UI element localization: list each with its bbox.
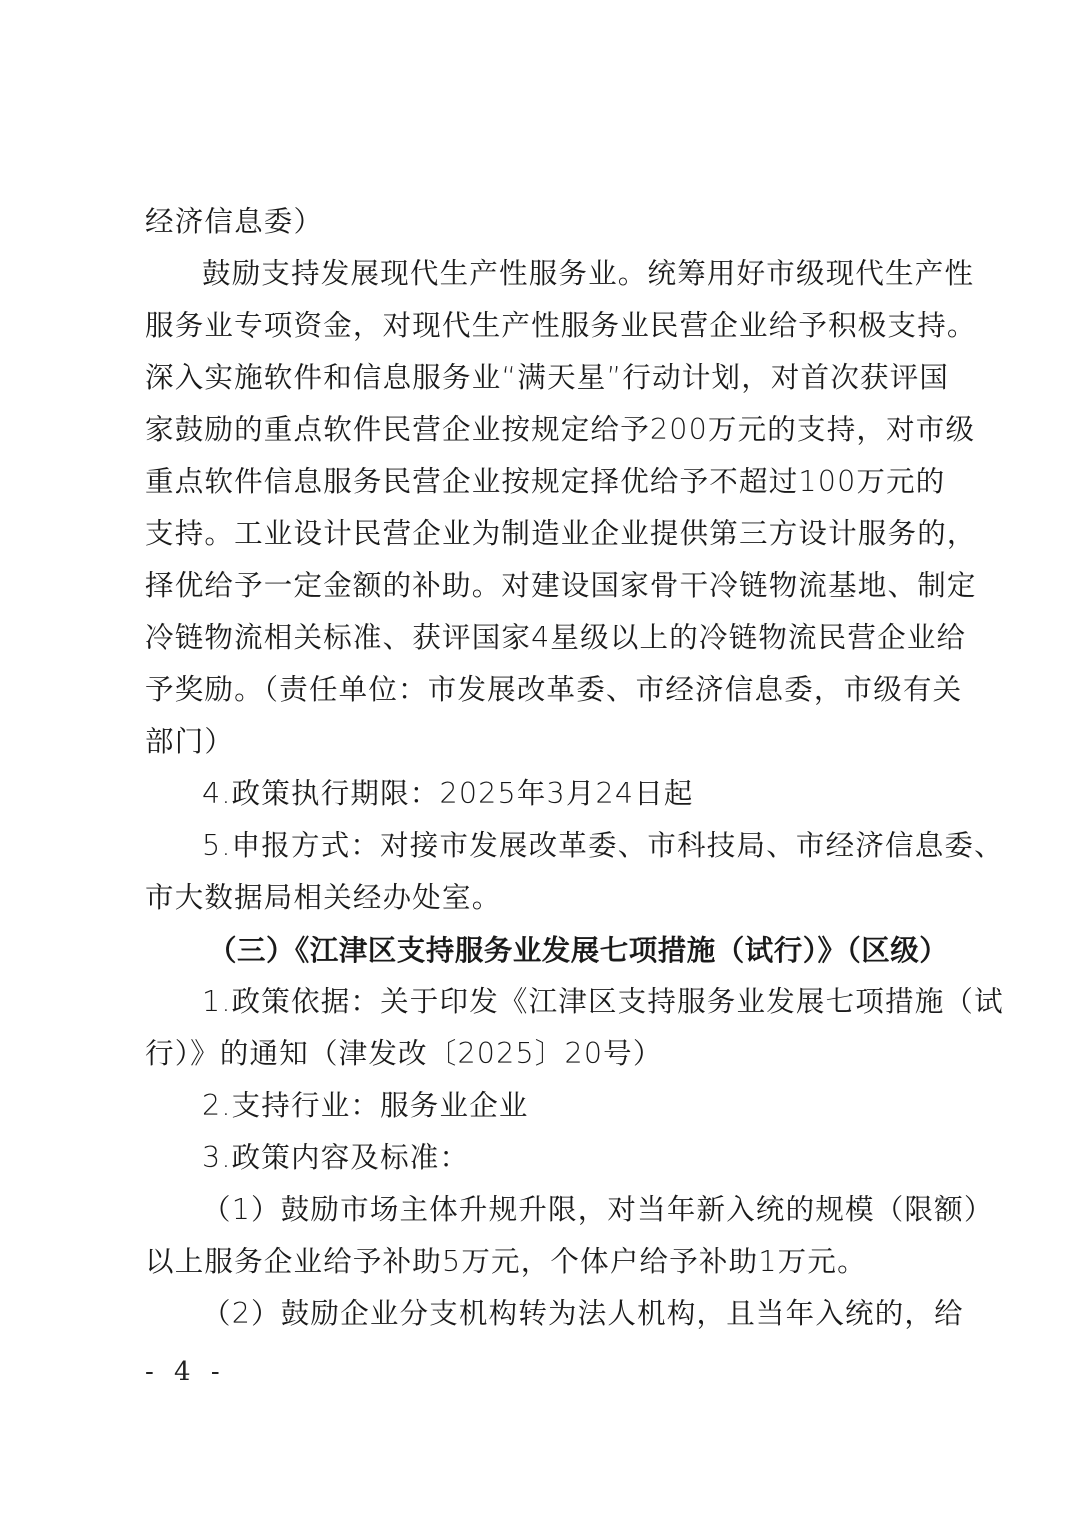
- text-line: 冷链物流相关标准、获评国家4星级以上的冷链物流民营企业给: [145, 612, 945, 664]
- policy-period-item: 4.政策执行期限：2025年3月24日起: [202, 768, 1002, 820]
- text-line: 市大数据局相关经办处室。: [145, 872, 945, 924]
- text-line: 服务业专项资金，对现代生产性服务业民营企业给予积极支持。: [145, 300, 945, 352]
- page-number: - 4 -: [145, 1352, 226, 1392]
- text-line: 重点软件信息服务民营企业按规定择优给予不超过100万元的: [145, 456, 945, 508]
- text-line: 深入实施软件和信息服务业“满天星”行动计划，对首次获评国: [145, 352, 945, 404]
- text-line: 予奖励。（责任单位：市发展改革委、市经济信息委，市级有关: [145, 664, 945, 716]
- paragraph-service-industry-start: 鼓励支持发展现代生产性服务业。统筹用好市级现代生产性: [202, 248, 1002, 300]
- document-page: 经济信息委） 鼓励支持发展现代生产性服务业。统筹用好市级现代生产性 服务业专项资…: [0, 0, 1074, 1520]
- text-line: 择优给予一定金额的补助。对建设国家骨干冷链物流基地、制定: [145, 560, 945, 612]
- text-line-continuation: 经济信息委）: [145, 196, 945, 248]
- text-line: 家鼓励的重点软件民营企业按规定给予200万元的支持，对市级: [145, 404, 945, 456]
- text-line: 部门）: [145, 716, 945, 768]
- sub-item-1: （1）鼓励市场主体升规升限，对当年新入统的规模（限额）: [202, 1184, 1002, 1236]
- text-line: 支持。工业设计民营企业为制造业企业提供第三方设计服务的，: [145, 508, 945, 560]
- policy-content-item: 3.政策内容及标准：: [202, 1132, 1002, 1184]
- application-method-item: 5.申报方式：对接市发展改革委、市科技局、市经济信息委、: [202, 820, 1002, 872]
- policy-basis-item: 1.政策依据：关于印发《江津区支持服务业发展七项措施（试: [202, 976, 1002, 1028]
- supported-industry-item: 2.支持行业：服务业企业: [202, 1080, 1002, 1132]
- text-line: 行）》的通知（津发改〔2025〕20号）: [145, 1028, 945, 1080]
- sub-item-2: （2）鼓励企业分支机构转为法人机构，且当年入统的，给: [202, 1288, 1002, 1340]
- text-line: 以上服务企业给予补助5万元，个体户给予补助1万元。: [145, 1236, 945, 1288]
- section-heading: （三）《江津区支持服务业发展七项措施（试行）》（区级）: [208, 924, 1008, 976]
